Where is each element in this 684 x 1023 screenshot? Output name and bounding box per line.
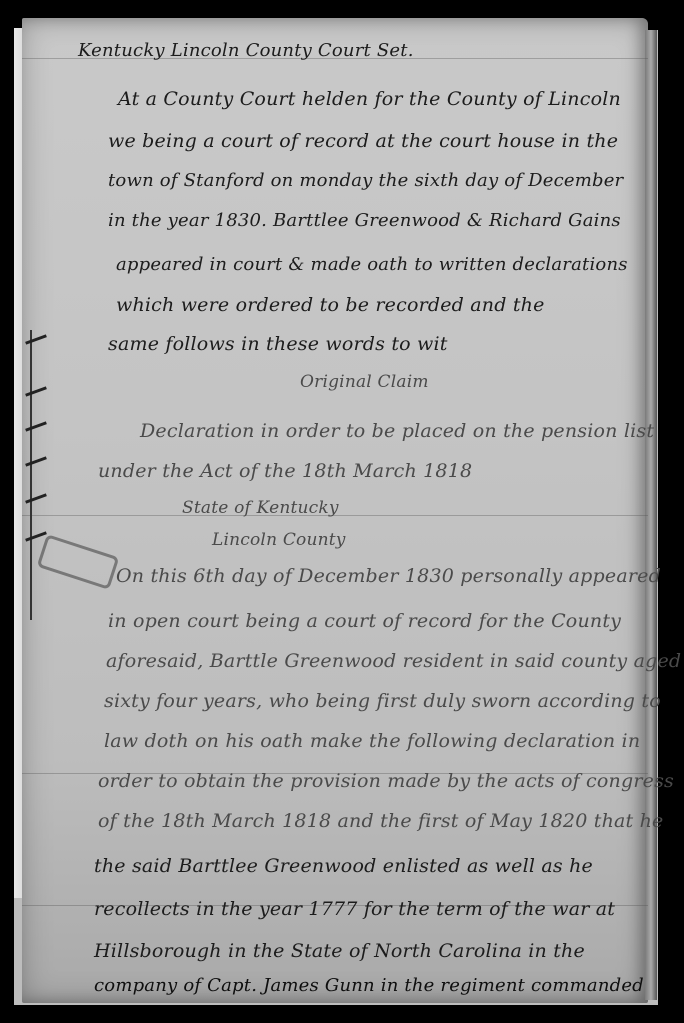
body-line: aforesaid, Barttle Greenwood resident in… — [106, 650, 681, 672]
binding-stitch — [30, 330, 48, 620]
venue-state: State of Kentucky — [182, 498, 339, 518]
court-header-line: appeared in court & made oath to written… — [116, 254, 628, 275]
subheading: Original Claim — [300, 372, 429, 392]
body-line: On this 6th day of December 1830 persona… — [116, 565, 661, 587]
venue-county: Lincoln County — [212, 530, 346, 550]
body-line: of the 18th March 1818 and the first of … — [98, 810, 663, 832]
body-line: law doth on his oath make the following … — [104, 730, 640, 752]
court-header-line: which were ordered to be recorded and th… — [116, 294, 545, 316]
body-line: company of Capt. James Gunn in the regim… — [94, 975, 644, 996]
court-header-line: town of Stanford on monday the sixth day… — [108, 170, 623, 191]
body-line: in open court being a court of record fo… — [108, 610, 621, 632]
body-line: sixty four years, who being first duly s… — [104, 690, 661, 712]
body-line: recollects in the year 1777 for the term… — [94, 898, 615, 920]
court-header-line: same follows in these words to wit — [108, 333, 448, 355]
court-header-line: Kentucky Lincoln County Court Set. — [78, 40, 414, 61]
declaration-line: Declaration in order to be placed on the… — [140, 420, 654, 442]
declaration-line: under the Act of the 18th March 1818 — [98, 460, 472, 482]
body-line: order to obtain the provision made by th… — [98, 770, 674, 792]
court-header-line: At a County Court helden for the County … — [118, 88, 621, 110]
court-header-line: in the year 1830. Barttlee Greenwood & R… — [108, 210, 621, 231]
body-line: the said Barttlee Greenwood enlisted as … — [94, 855, 593, 877]
court-header-line: we being a court of record at the court … — [108, 130, 618, 152]
body-line: Hillsborough in the State of North Carol… — [94, 940, 585, 962]
